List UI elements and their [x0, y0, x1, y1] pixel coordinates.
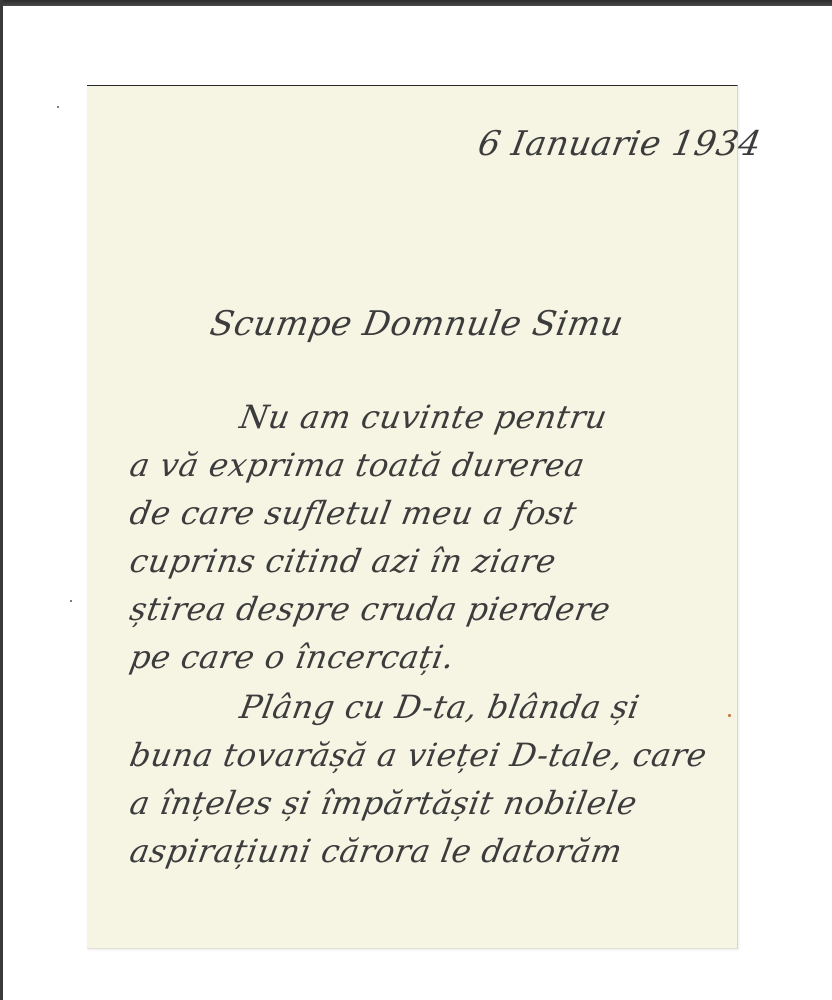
- letter-date: 6 Ianuarie 1934: [475, 124, 764, 164]
- letter-line: cuprins citind azi în ziare: [127, 542, 559, 580]
- letter-paper: 6 Ianuarie 1934 Scumpe Domnule Simu Nu a…: [87, 85, 738, 949]
- letter-line: Plâng cu D-ta, blânda și: [237, 688, 643, 726]
- scan-border-left: [0, 0, 3, 1000]
- letter-line: a vă exprima toată durerea: [127, 446, 588, 484]
- letter-line: știrea despre cruda pierdere: [127, 590, 614, 628]
- letter-salutation: Scumpe Domnule Simu: [207, 304, 627, 344]
- scan-border-top: [0, 0, 832, 6]
- letter-line: pe care o încercați.: [127, 638, 457, 676]
- letter-line: Nu am cuvinte pentru: [237, 398, 610, 436]
- dust-speck: [57, 106, 59, 108]
- letter-line: a înțeles și împărtășit nobilele: [127, 784, 640, 822]
- letter-line: de care sufletul meu a fost: [127, 494, 580, 532]
- ink-stain: [728, 714, 731, 717]
- letter-line: aspirațiuni cărora le datorăm: [127, 832, 625, 870]
- dust-speck: [70, 600, 72, 602]
- letter-line: buna tovarășă a vieței D-tale, care: [127, 736, 710, 774]
